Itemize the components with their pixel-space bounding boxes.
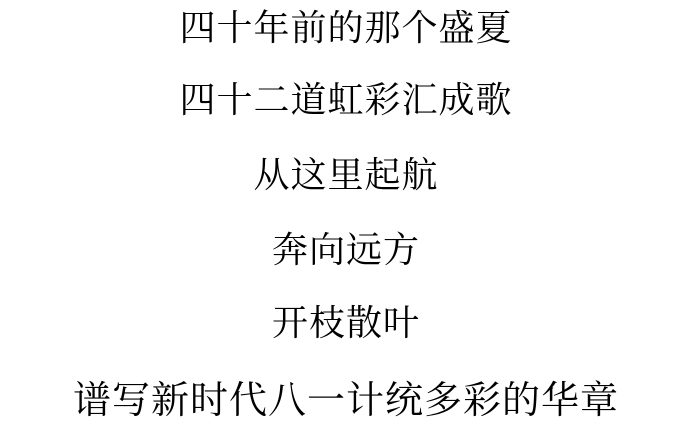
poem-line-5: 开枝散叶 <box>0 302 692 346</box>
poem-text-block: 四十年前的那个盛夏 四十二道虹彩汇成歌 从这里起航 奔向远方 开枝散叶 谱写新时… <box>0 0 692 444</box>
poem-line-1: 四十年前的那个盛夏 <box>0 7 692 51</box>
poem-line-6: 谱写新时代八一计统多彩的华章 <box>0 378 692 422</box>
poem-line-3: 从这里起航 <box>0 154 692 198</box>
poem-line-2: 四十二道虹彩汇成歌 <box>0 79 692 123</box>
poem-line-4: 奔向远方 <box>0 229 692 273</box>
